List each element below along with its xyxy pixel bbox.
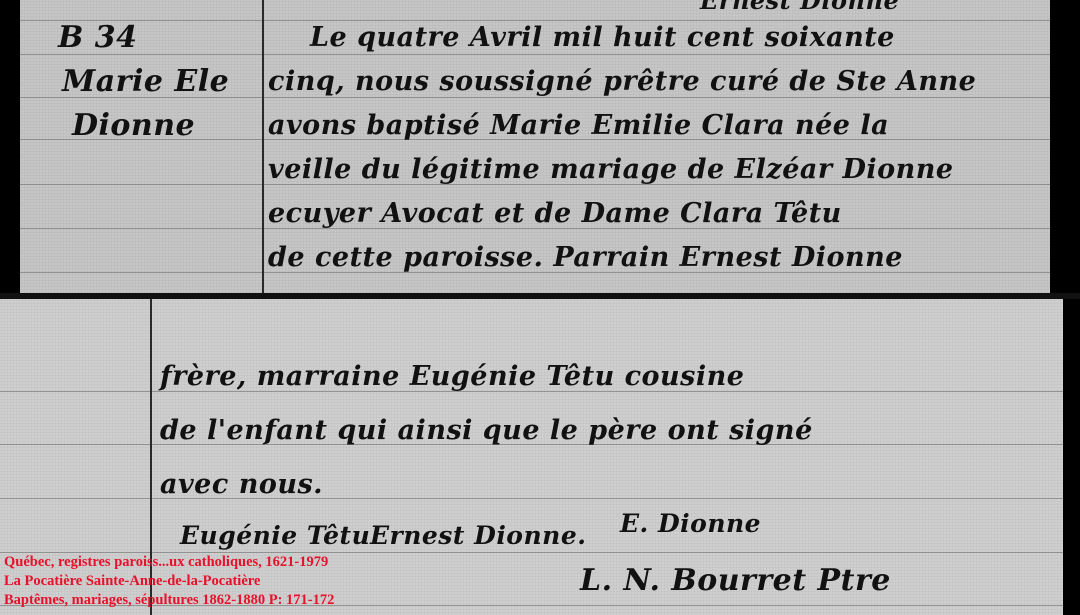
signature-father: E. Dionne bbox=[620, 509, 761, 538]
margin-entry-number: B 34 bbox=[58, 20, 138, 55]
entry-line: avons baptisé Marie Emilie Clara née la bbox=[268, 110, 889, 141]
header-fragment: Ernest Dionne bbox=[700, 0, 899, 15]
register-page-top: Ernest Dionne B 34 Marie Ele Dionne Le q… bbox=[20, 0, 1050, 293]
entry-line: de l'enfant qui ainsi que le père ont si… bbox=[160, 415, 813, 446]
ruled-line bbox=[20, 54, 1050, 55]
margin-divider bbox=[262, 0, 264, 293]
entry-line: cinq, nous soussigné prêtre curé de Ste … bbox=[268, 66, 976, 97]
signature-godfather: Ernest Dionne. bbox=[370, 521, 586, 550]
caption-record-range: Baptêmes, mariages, sépultures 1862-1880… bbox=[4, 591, 334, 610]
ruled-line bbox=[20, 20, 1050, 21]
source-caption: Québec, registres paroiss...ux catholiqu… bbox=[4, 553, 334, 610]
signature-godmother: Eugénie Têtu bbox=[180, 521, 370, 550]
entry-line: frère, marraine Eugénie Têtu cousine bbox=[160, 361, 744, 392]
entry-line: Le quatre Avril mil huit cent soixante bbox=[310, 22, 895, 53]
margin-given-name: Marie Ele bbox=[62, 64, 229, 99]
entry-line: de cette paroisse. Parrain Ernest Dionne bbox=[268, 242, 903, 273]
margin-surname: Dionne bbox=[72, 108, 195, 143]
entry-line: avec nous. bbox=[160, 469, 323, 500]
caption-collection: Québec, registres paroiss...ux catholiqu… bbox=[4, 553, 334, 572]
entry-line: veille du légitime mariage de Elzéar Dio… bbox=[268, 154, 954, 185]
entry-line: ecuyer Avocat et de Dame Clara Têtu bbox=[268, 198, 842, 229]
caption-parish: La Pocatière Sainte-Anne-de-la-Pocatière bbox=[4, 572, 334, 591]
signature-priest: L. N. Bourret Ptre bbox=[580, 563, 891, 598]
